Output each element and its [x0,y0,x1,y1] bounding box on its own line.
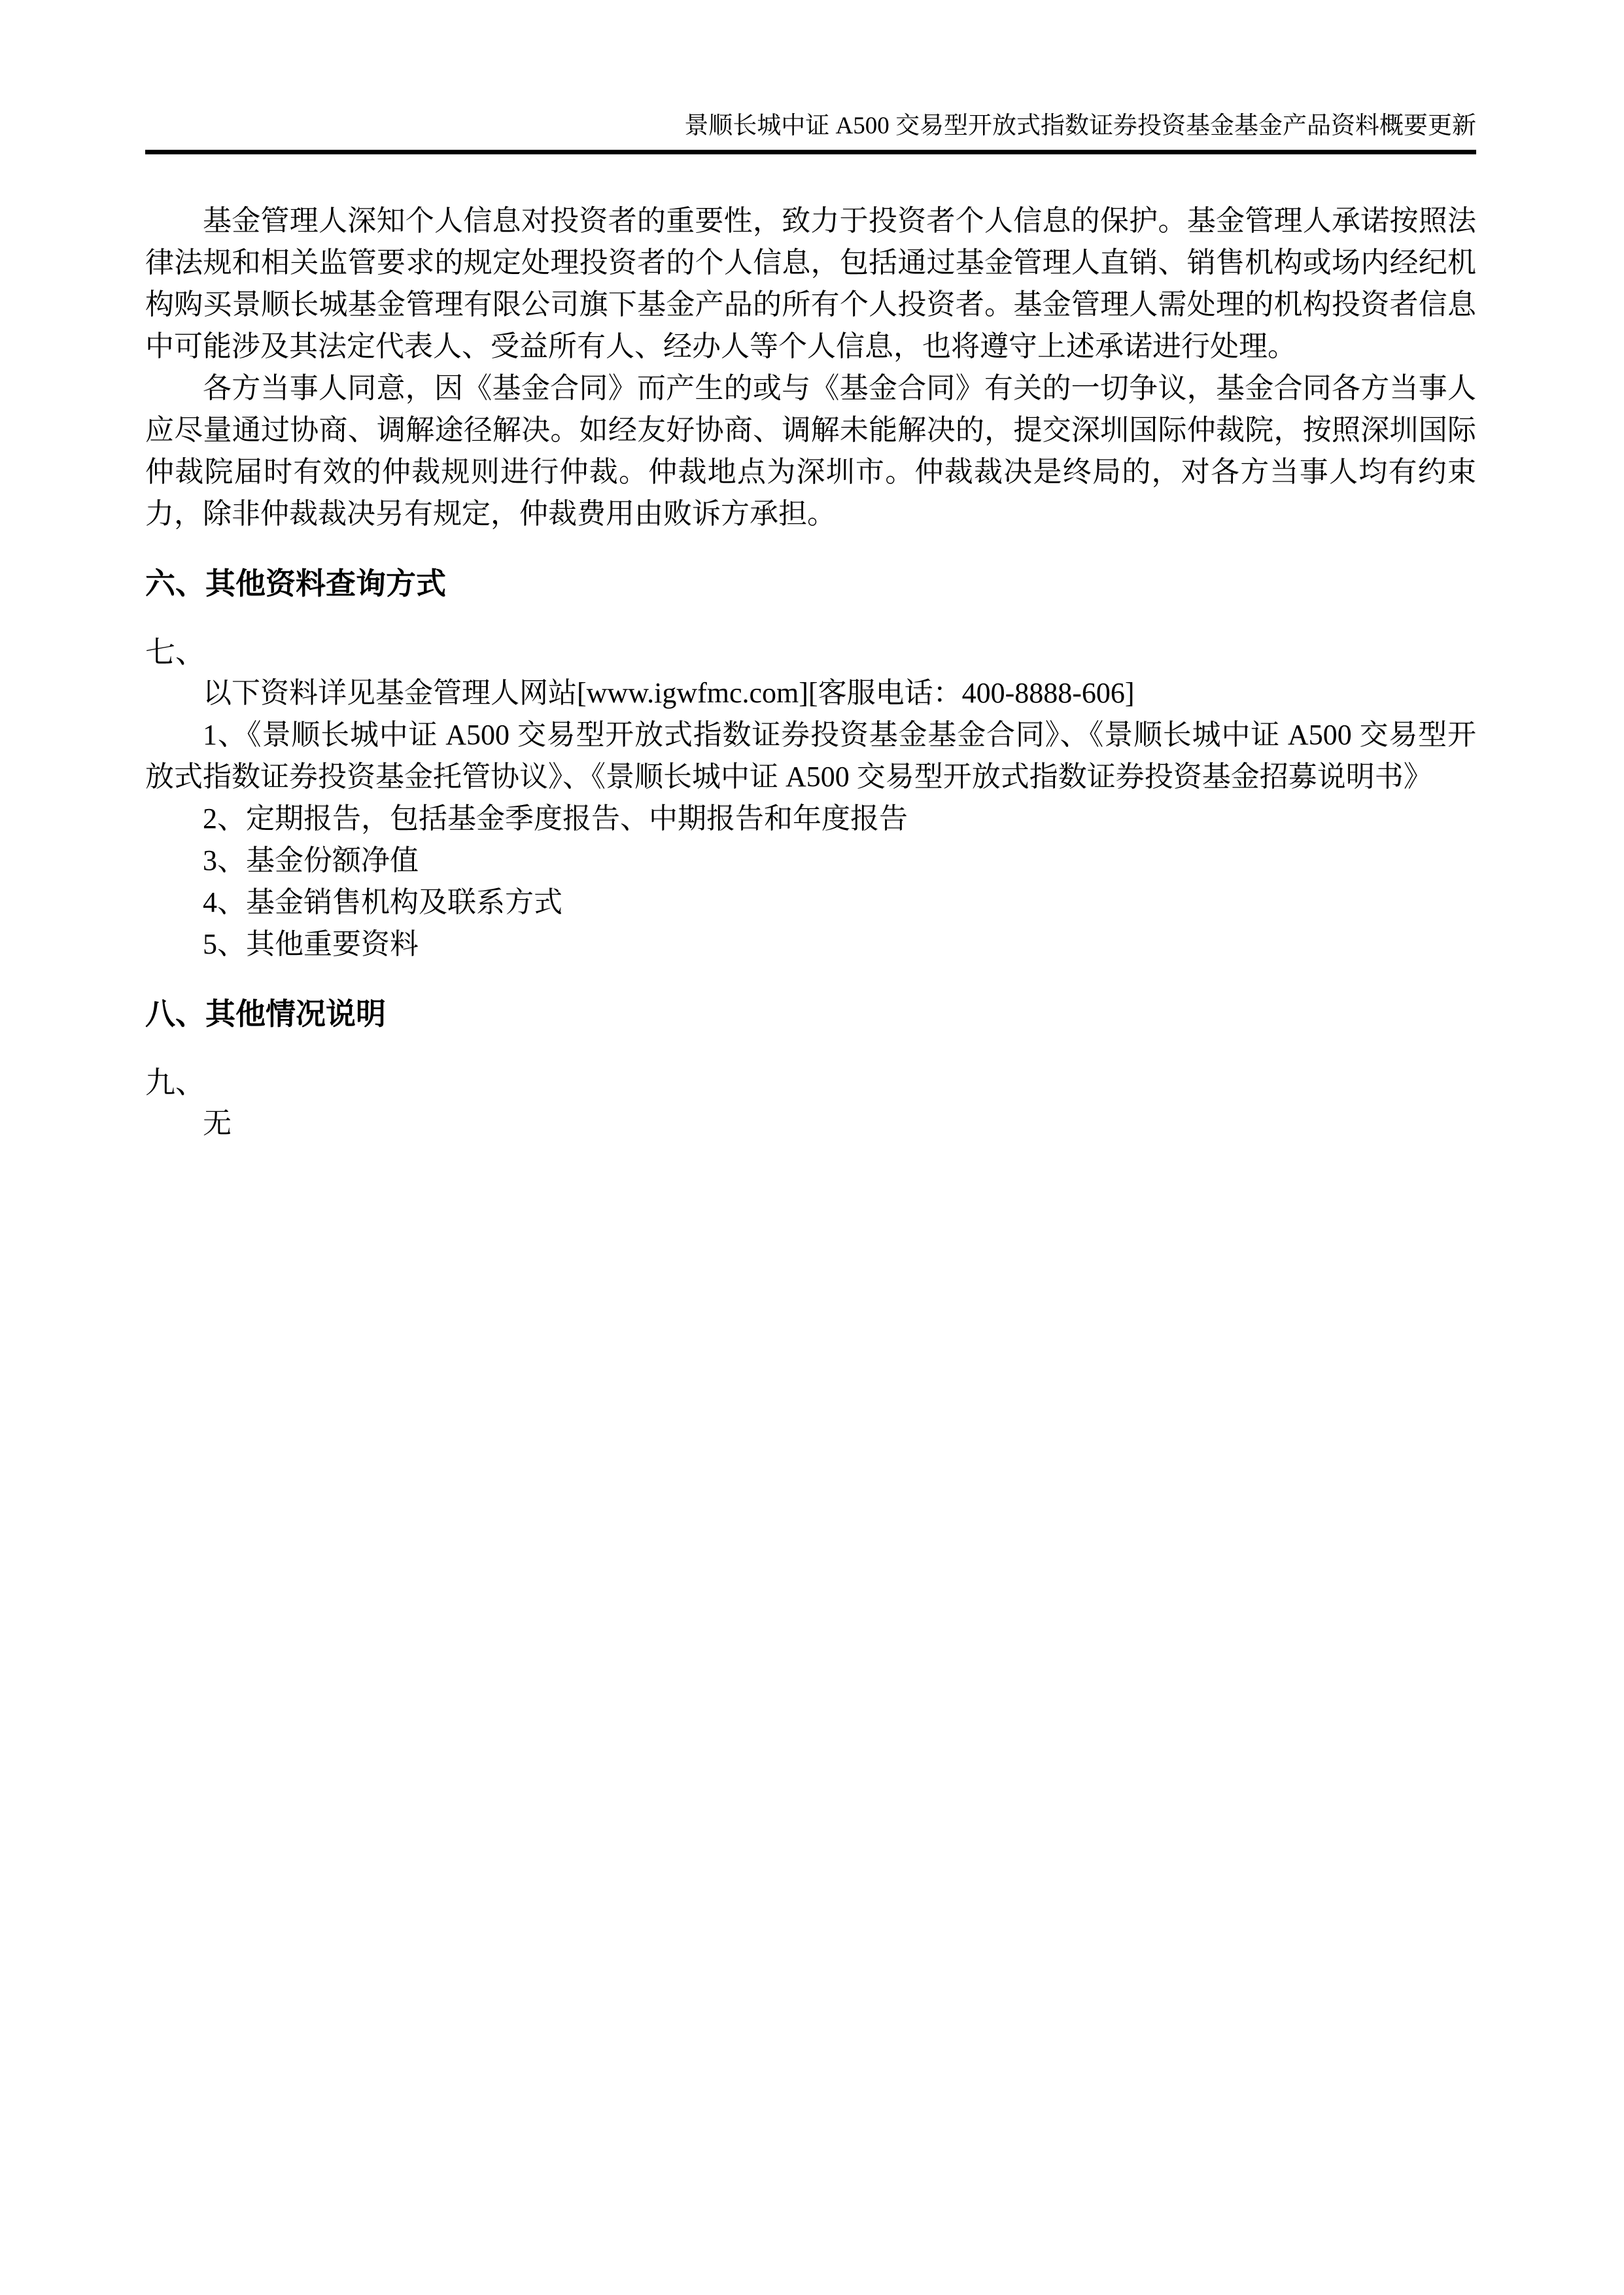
paragraph-dispute-arbitration: 各方当事人同意，因《基金合同》而产生的或与《基金合同》有关的一切争议，基金合同各… [145,368,1476,535]
section-7-heading: 七、 [145,633,1476,672]
section-6-heading: 六、其他资料查询方式 [145,564,1476,604]
list-item-sales-agencies: 4、基金销售机构及联系方式 [145,882,1476,923]
header-divider-rule [145,150,1476,154]
info-access-intro-line: 以下资料详见基金管理人网站[www.igwfmc.com][客服电话：400-8… [145,672,1476,714]
list-item-other-materials: 5、其他重要资料 [145,923,1476,965]
document-body: 基金管理人深知个人信息对投资者的重要性，致力于投资者个人信息的保护。基金管理人承… [145,200,1476,1145]
document-content: 景顺长城中证 A500 交易型开放式指数证券投资基金基金产品资料概要更新 基金管… [145,111,1476,1145]
header-title: 景顺长城中证 A500 交易型开放式指数证券投资基金基金产品资料概要更新 [684,112,1476,139]
list-item-fund-documents: 1、《景顺长城中证 A500 交易型开放式指数证券投资基金基金合同》、《景顺长城… [145,714,1476,798]
list-item-periodic-reports: 2、定期报告，包括基金季度报告、中期报告和年度报告 [145,798,1476,840]
section-9-heading: 九、 [145,1063,1476,1103]
document-page: 景顺长城中证 A500 交易型开放式指数证券投资基金基金产品资料概要更新 基金管… [0,0,1624,2295]
section-9-content: 无 [145,1103,1476,1145]
page-header: 景顺长城中证 A500 交易型开放式指数证券投资基金基金产品资料概要更新 [145,111,1476,141]
section-8-heading: 八、其他情况说明 [145,995,1476,1034]
list-item-nav: 3、基金份额净值 [145,840,1476,882]
paragraph-personal-info-commitment: 基金管理人深知个人信息对投资者的重要性，致力于投资者个人信息的保护。基金管理人承… [145,200,1476,368]
